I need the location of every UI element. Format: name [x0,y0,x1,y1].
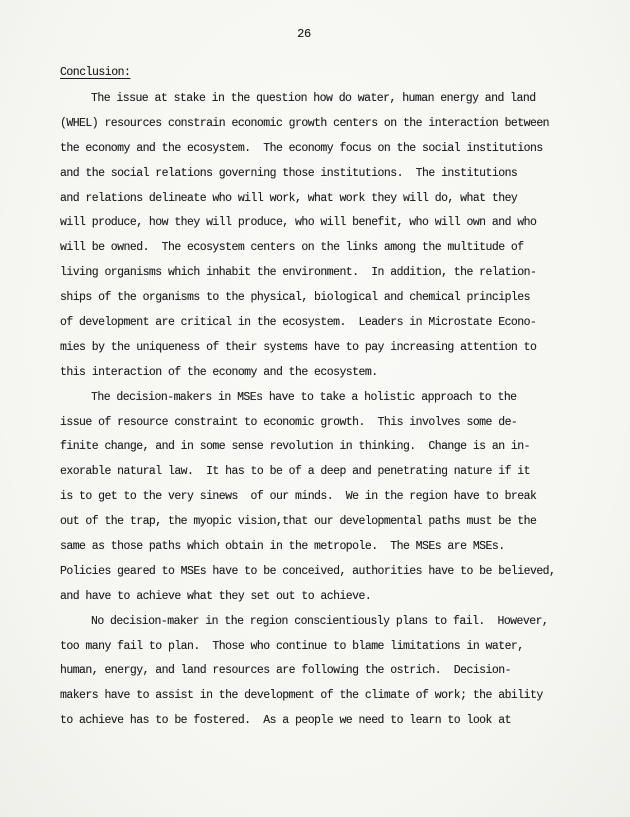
text-line: and the social relations governing those… [60,162,570,187]
text-line: same as those paths which obtain in the … [60,535,570,560]
document-page: 26 Conclusion: The issue at stake in the… [0,0,630,817]
text-line: and relations delineate who will work, w… [60,187,570,212]
body-text: The issue at stake in the question how d… [60,87,570,734]
text-line: Policies geared to MSEs have to be conce… [60,560,570,585]
text-line: living organisms which inhabit the envir… [60,261,570,286]
text-line: of development are critical in the ecosy… [60,311,570,336]
text-line: finite change, and in some sense revolut… [60,435,570,460]
text-line: makers have to assist in the development… [60,684,570,709]
text-line: will be owned. The ecosystem centers on … [60,236,570,261]
text-line: the economy and the ecosystem. The econo… [60,137,570,162]
text-line: (WHEL) resources constrain economic grow… [60,112,570,137]
text-line: and have to achieve what they set out to… [60,585,570,610]
text-line: issue of resource constraint to economic… [60,411,570,436]
text-line: human, energy, and land resources are fo… [60,659,570,684]
text-line: out of the trap, the myopic vision,that … [60,510,570,535]
text-line: mies by the uniqueness of their systems … [60,336,570,361]
text-line: will produce, how they will produce, who… [60,211,570,236]
text-line: No decision-maker in the region conscien… [60,610,570,635]
text-line: The decision-makers in MSEs have to take… [60,386,570,411]
text-line: ships of the organisms to the physical, … [60,286,570,311]
text-line: exorable natural law. It has to be of a … [60,460,570,485]
text-line: is to get to the very sinews of our mind… [60,485,570,510]
text-line: this interaction of the economy and the … [60,361,570,386]
text-line: to achieve has to be fostered. As a peop… [60,709,570,734]
text-line: The issue at stake in the question how d… [60,87,570,112]
text-line: too many fail to plan. Those who continu… [60,635,570,660]
section-heading: Conclusion: [60,66,130,79]
page-number: 26 [0,27,630,41]
